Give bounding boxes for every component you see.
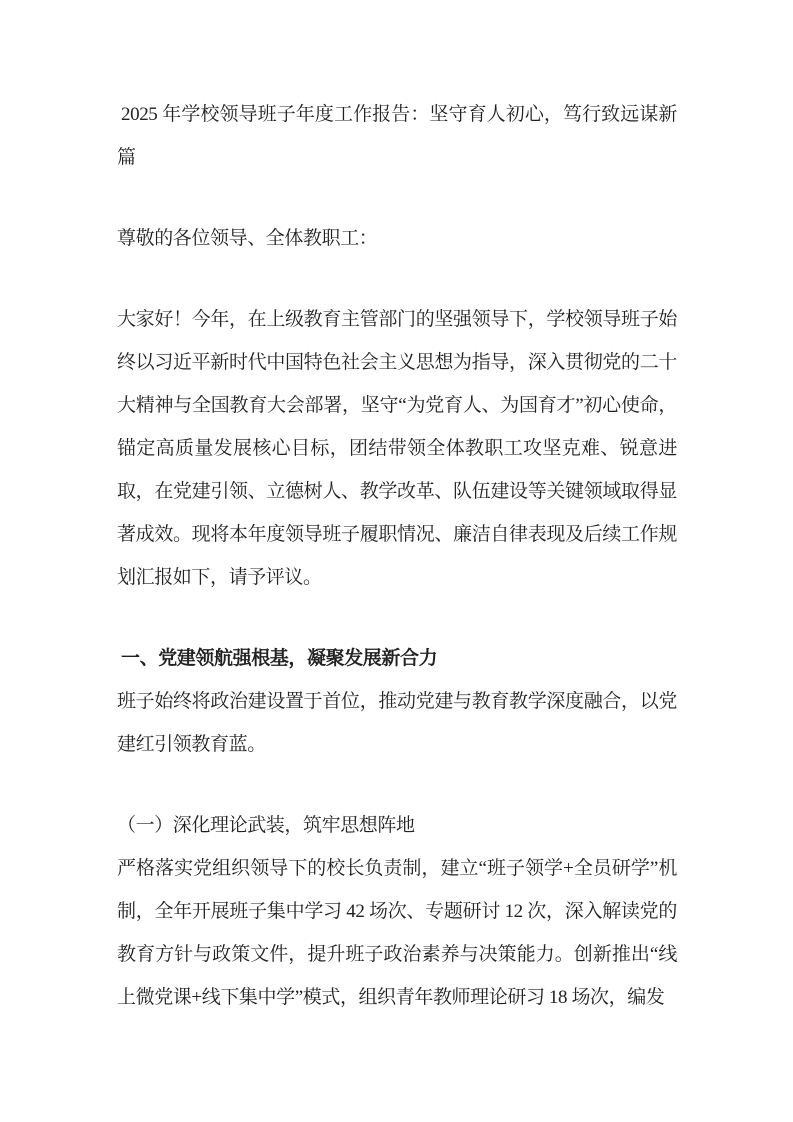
document-title: 2025 年学校领导班子年度工作报告：坚守育人初心，笃行致远谋新篇: [117, 93, 677, 179]
document-page: 2025 年学校领导班子年度工作报告：坚守育人初心，笃行致远谋新篇 尊敬的各位领…: [0, 0, 793, 1122]
section-1-body: 班子始终将政治建设置于首位，推动党建与教育教学深度融合，以党建红引领教育蓝。: [117, 680, 677, 766]
section-1-heading: 一、党建领航强根基，凝聚发展新合力: [117, 637, 677, 680]
intro-paragraph: 大家好！今年，在上级教育主管部门的坚强领导下，学校领导班子始终以习近平新时代中国…: [117, 298, 677, 599]
section-1-1-heading: （一）深化理论武装，筑牢思想阵地: [117, 804, 677, 847]
section-1-1-body: 严格落实党组织领导下的校长负责制，建立“班子领学+全员研学”机制，全年开展班子集…: [117, 847, 677, 1019]
document-content: 2025 年学校领导班子年度工作报告：坚守育人初心，笃行致远谋新篇 尊敬的各位领…: [117, 93, 677, 1019]
greeting-line: 尊敬的各位领导、全体教职工：: [117, 217, 677, 260]
